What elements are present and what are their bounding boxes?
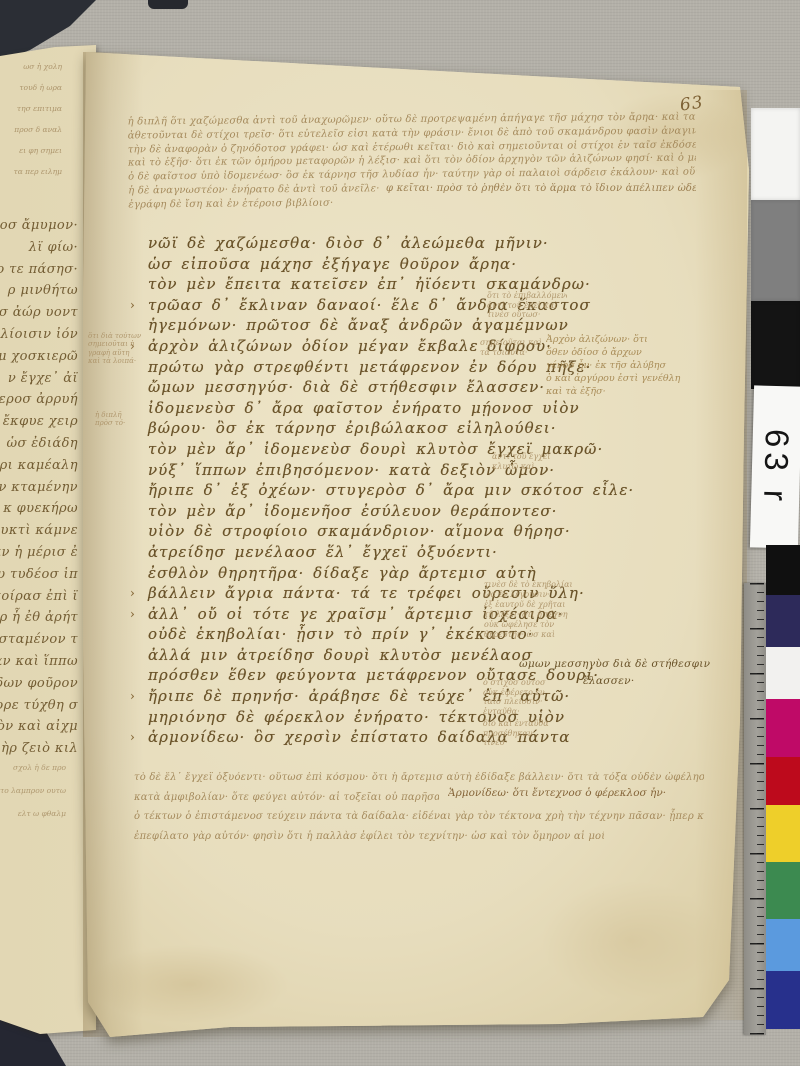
folio-label: 63 r: [750, 385, 800, 548]
marginal-scholium-i: ὁ στίχοσ οὗτοσοὐκ ἐφέρετο ἐνταῖσ πλείοσι…: [483, 678, 555, 716]
calibration-grayscale: [751, 108, 800, 389]
diple-mark: ›: [130, 583, 148, 604]
verse-text: ὡσ εἰποῦσα μάχησ ἐξήγαγε θοῦρον ἄρηα·: [148, 254, 517, 275]
verse-text: ὤμων μεσσηγύσ· διὰ δὲ στήθεσφιν ἔλασσεν·: [148, 377, 545, 398]
main-text-line: νῶϊ δὲ χαζώμεσθα· διὸσ δ᾽ ἀλεώμεθα μῆνιν…: [130, 233, 600, 254]
green-patch: [766, 862, 800, 919]
verse-text: υἱὸν δὲ στροφίοιο σκαμάνδριον· αἵμονα θή…: [148, 521, 571, 542]
verse-text: ἤριπε δ᾽ ἐξ ὀχέων· στυγερὸσ δ᾽ ἄρα μιν σ…: [148, 480, 634, 501]
scholia-line: ὅτι τὸ ἐπιβαλλόμενον: [487, 291, 567, 301]
main-text-line: ἀτρείδησ μενέλαοσ ἕλ᾽ ἔγχεϊ ὀξυόεντι·: [130, 542, 600, 563]
ruler-major-ticks: [750, 583, 764, 1035]
scholia-line: ὅτι διὰ τούτων: [88, 332, 142, 340]
scholia-line: ἀντὶ τοῦ ἔγχεϊ: [492, 452, 564, 462]
marginal-scholium-e: ἡ διπλῆπρὸσ τό·: [95, 411, 143, 428]
main-text-line: ὤμων μεσσηγύσ· διὰ δὲ στήθεσφιν ἔλασσεν·: [130, 377, 600, 398]
main-text-line: τὸν μὲν ἄρ᾽ ἰδομενῆοσ ἐσύλευον θεράποντε…: [130, 501, 600, 522]
scholia-line: ὅθεν ὀδίοσ ὁ ἄρχων: [546, 346, 698, 359]
scholia-line: σημειοῦται καὶ: [480, 338, 544, 348]
marginal-scholium-g: τινὲσ δὲ τὸ ἑκηβολίαιὡσ ἓν λέγουσιν·ἐξ ἑ…: [484, 580, 596, 640]
scholia-line: ὁ τέκτων ὁ ἐπιστάμενοσ τεύχειν πάντα τὰ …: [134, 807, 704, 827]
scholia-line: θηρευτήν· ὡσ καὶ: [484, 630, 596, 640]
diple-mark: [130, 233, 148, 254]
scholia-line: ὁ καὶ ἀργύρου ἐστὶ γενέθλη: [546, 372, 698, 385]
scholia-line: γραφὴ αὕτη: [88, 349, 142, 357]
scholia-line: ὡσ ἓν λέγουσιν·: [484, 590, 596, 600]
main-text-line: ἤριπε δ᾽ ἐξ ὀχέων· στυγερὸσ δ᾽ ἄρα μιν σ…: [130, 480, 600, 501]
black-patch: [751, 301, 800, 389]
black-patch: [766, 545, 800, 595]
diple-mark: [130, 480, 148, 501]
light-blue-patch: [766, 919, 800, 971]
diple-mark: [130, 460, 148, 481]
manuscript-photo: ωσ ἡ χολητουδ ἡ ωρατησ επιτιμαπροσ δ ανα…: [0, 0, 800, 1066]
diple-mark: [130, 501, 148, 522]
scholia-line: ταῖσ πλείοσιν·: [483, 697, 555, 707]
marginal-scholium-f: ἀντὶ τοῦ ἔγχεϊκλυτῶ καὶ: [492, 452, 564, 471]
main-text-line: βώρου· ὃσ ἐκ τάρνησ ἐριβώλακοσ εἰληλούθε…: [130, 418, 600, 439]
scholia-line: διὸ καὶ ἐνταῦθα: [483, 719, 555, 729]
scholia-line: προσέθηκαν: [483, 729, 555, 739]
diple-mark: [130, 439, 148, 460]
scholia-line: ἡ διπλῆ: [95, 411, 143, 419]
marginal-scholium-a: ὅτι τὸ ἐπιβαλλόμενονἀντὶ τοῦ ἐπεὶ καὶτιν…: [487, 291, 567, 320]
white-patch: [751, 108, 800, 200]
scholia-line: ἐξ ἑαυτοῦ δὲ χρῆται: [484, 600, 596, 610]
verse-text: ἐσθλὸν θηρητῆρα· δίδαξε γὰρ ἄρτεμισ αὐτὴ: [148, 563, 537, 584]
scholia-line: τινὲσ δὲ τὸ ἑκηβολίαι: [484, 580, 596, 590]
marginal-scholium-b: ὅτι διὰ τούτωνσημειοῦται ἡγραφὴ αὕτηκαὶ …: [88, 332, 142, 366]
scholia-line: ἀντὶ τοῦ ἐπεὶ καὶ: [487, 301, 567, 311]
verse-text: τὸν μὲν ἄρ᾽ ἰδομενῆοσ ἐσύλευον θεράποντε…: [148, 501, 558, 522]
verse-text: ἀλλά μιν ἀτρείδησ δουρὶ κλυτὸσ μενέλαοσ: [148, 645, 533, 666]
diple-mark: ›: [130, 295, 148, 316]
scholia-line: γένοσ ἦν· ἐκ τῆσ ἀλύβησ: [546, 359, 698, 372]
added-verse-line: ὤμων μεσσηγὺσ διὰ δὲ στήθεσφιν: [519, 656, 719, 673]
white-patch: [766, 647, 800, 699]
dark-blue-patch: [766, 971, 800, 1029]
diple-mark: ›: [130, 686, 148, 707]
scholia-line: πρὸσ τό·: [95, 419, 143, 427]
verse-text: βώρου· ὃσ ἐκ τάρνησ ἐριβώλακοσ εἰληλούθε…: [148, 418, 557, 439]
verse-text: οὐδὲ ἑκηβολίαι· ᾗσιν τὸ πρίν γ᾽ ἐκέκαστο…: [148, 624, 534, 645]
top-scholia-block: ἡ διπλῆ ὅτι χαζώμεσθα ἀντὶ τοῦ ἀναχωρῶμε…: [128, 111, 697, 213]
folio-label-text: 63 r: [756, 428, 796, 506]
scholia-line: κλυτῶ καὶ: [492, 462, 564, 472]
marginal-scholium-j: διὸ καὶ ἐνταῦθαπροσέθηκαντινέσ·: [483, 719, 555, 748]
calibration-color-patches: [766, 545, 800, 1029]
bottom-scholia-lemma-note: Ἁρμονίδεω· ὅτι ἔντεχνοσ ὁ φέρεκλοσ ἦν·: [448, 787, 698, 799]
scholia-line: οὐκ ἐφέρετο ἐν: [483, 688, 555, 698]
main-text-line: ὡσ εἰποῦσα μάχησ ἐξήγαγε θοῦρον ἄρηα·: [130, 254, 600, 275]
main-text-line: υἱὸν δὲ στροφίοιο σκαμάνδριον· αἵμονα θή…: [130, 521, 600, 542]
ruler: [744, 583, 766, 1035]
diple-mark: [130, 645, 148, 666]
verse-text: ἰδομενεὺσ δ᾽ ἄρα φαῖστον ἐνήρατο μῄονοσ …: [148, 398, 580, 419]
scholia-line: τινὲσ οὕτωσ·: [487, 310, 567, 320]
diple-mark: [130, 377, 148, 398]
scholia-line: Ἀρχὸν ἁλιζώνων· ὅτι: [546, 333, 698, 346]
scholia-line: καὶ τὰ ἑξῆσ·: [546, 385, 698, 398]
verse-text: πρώτω γὰρ στρεφθέντι μετάφρενον ἐν δόρυ …: [148, 357, 591, 378]
scholia-line: τὸ δὲ ἕλ᾽ ἔγχεϊ ὀξυόεντι· οὕτωσ ἐπὶ κόσμ…: [134, 768, 704, 788]
scholia-line: ἐπεφίλατο γὰρ αὐτόν· φησὶν ὅτι ἡ παλλὰσ …: [134, 827, 604, 847]
diple-mark: [130, 563, 148, 584]
marginal-scholium-d: Ἀρχὸν ἁλιζώνων· ὅτιὅθεν ὀδίοσ ὁ ἄρχωνγέν…: [546, 333, 698, 398]
verse-text: νῶϊ δὲ χαζώμεσθα· διὸσ δ᾽ ἀλεώμεθα μῆνιν…: [148, 233, 549, 254]
marginal-scholium-c: σημειοῦται καὶτὰ τοιαῦτα·: [480, 338, 544, 357]
diple-mark: [130, 707, 148, 728]
magenta-patch: [766, 699, 800, 757]
red-patch: [766, 757, 800, 805]
scholia-line: ἐγράφη δὲ ἴση καὶ ἐν ἑτέροισ βιβλίοισ·: [128, 196, 428, 212]
diple-mark: [130, 542, 148, 563]
scholia-line: κατὰ ἀμφιβολίαν· ὅτε φεύγει αὐτόν· αἱ το…: [134, 788, 439, 808]
diple-mark: ›: [130, 604, 148, 625]
scholia-line: ὁ στίχοσ οὗτοσ: [483, 678, 555, 688]
scholia-line: ἐνταῦθα·: [483, 707, 555, 717]
verse-text: ἀτρείδησ μενέλαοσ ἕλ᾽ ἔγχεϊ ὀξυόεντι·: [148, 542, 498, 563]
scholia-line: καὶ τὰ λοιπά·: [88, 357, 142, 365]
scholia-line: τῇ λέξει· ὅτι ἡ τέχνη: [484, 610, 596, 620]
main-text-line: ἰδομενεὺσ δ᾽ ἄρα φαῖστον ἐνήρατο μῄονοσ …: [130, 398, 600, 419]
scholia-line: οὐκ ὠφέλησε τὸν: [484, 620, 596, 630]
scholia-line: τὰ τοιαῦτα·: [480, 348, 544, 358]
yellow-patch: [766, 805, 800, 862]
dark-violet-patch: [766, 595, 800, 647]
diple-mark: [130, 254, 148, 275]
diple-mark: [130, 274, 148, 295]
bottom-scholia-block: τὸ δὲ ἕλ᾽ ἔγχεϊ ὀξυόεντι· οὕτωσ ἐπὶ κόσμ…: [134, 768, 704, 846]
diple-mark: [130, 624, 148, 645]
diple-mark: [130, 665, 148, 686]
scholia-line: τινέσ·: [483, 738, 555, 748]
scholia-line: σημειοῦται ἡ: [88, 340, 142, 348]
diple-mark: ›: [130, 727, 148, 748]
diple-mark: [130, 521, 148, 542]
top-scholia-side-note: φ κεῖται· πρὸσ τὸ ῥηθὲν ὅτι τὸ ἅρμα τὸ ἴ…: [386, 183, 696, 194]
main-text-line: πρώτω γὰρ στρεφθέντι μετάφρενον ἐν δόρυ …: [130, 357, 600, 378]
gray-patch: [751, 200, 800, 301]
